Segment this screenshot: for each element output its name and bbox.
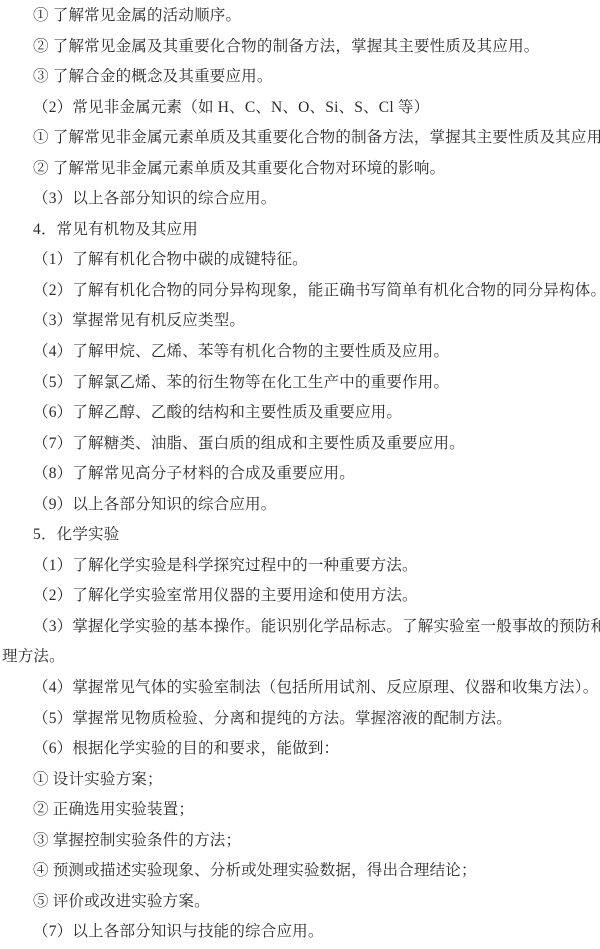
text-line: ⑤ 评价或改进实验方案。 <box>0 887 600 918</box>
text-line: （3）掌握化学实验的基本操作。能识别化学品标志。了解实验室一般事故的预防和处 <box>0 612 600 643</box>
text-line: （8）了解常见高分子材料的合成及重要应用。 <box>0 459 600 490</box>
text-line: （3）掌握常见有机反应类型。 <box>0 306 600 337</box>
text-line: （4）了解甲烷、乙烯、苯等有机化合物的主要性质及应用。 <box>0 337 600 368</box>
text-line: （7）了解糖类、油脂、蛋白质的组成和主要性质及重要应用。 <box>0 429 600 460</box>
text-line: ② 正确选用实验装置； <box>0 795 600 826</box>
text-line: （7）以上各部分知识与技能的综合应用。 <box>0 917 600 948</box>
text-line: （3）以上各部分知识的综合应用。 <box>0 184 600 215</box>
text-line: ③ 掌握控制实验条件的方法； <box>0 826 600 857</box>
document-page: ① 了解常见金属的活动顺序。② 了解常见金属及其重要化合物的制备方法，掌握其主要… <box>0 0 600 949</box>
document-body: ① 了解常见金属的活动顺序。② 了解常见金属及其重要化合物的制备方法，掌握其主要… <box>0 0 600 948</box>
text-line: 4．常见有机物及其应用 <box>0 215 600 246</box>
text-line: ① 了解常见金属的活动顺序。 <box>0 1 600 32</box>
text-line: （5）掌握常见物质检验、分离和提纯的方法。掌握溶液的配制方法。 <box>0 704 600 735</box>
text-line: （6）了解乙醇、乙酸的结构和主要性质及重要应用。 <box>0 398 600 429</box>
text-line: （9）以上各部分知识的综合应用。 <box>0 490 600 521</box>
text-line: （2）了解有机化合物的同分异构现象，能正确书写简单有机化合物的同分异构体。 <box>0 276 600 307</box>
text-line: ① 了解常见非金属元素单质及其重要化合物的制备方法，掌握其主要性质及其应用。 <box>0 123 600 154</box>
text-line: （1）了解化学实验是科学探究过程中的一种重要方法。 <box>0 551 600 582</box>
text-line: （2）了解化学实验室常用仪器的主要用途和使用方法。 <box>0 581 600 612</box>
text-line: 理方法。 <box>0 642 600 673</box>
text-line: （4）掌握常见气体的实验室制法（包括所用试剂、反应原理、仪器和收集方法）。 <box>0 673 600 704</box>
text-line: （2）常见非金属元素（如 H、C、N、O、Si、S、Cl 等） <box>0 93 600 124</box>
text-line: （6）根据化学实验的目的和要求，能做到： <box>0 734 600 765</box>
text-line: ① 设计实验方案； <box>0 765 600 796</box>
text-line: （5）了解氯乙烯、苯的衍生物等在化工生产中的重要作用。 <box>0 368 600 399</box>
text-line: ④ 预测或描述实验现象、分析或处理实验数据，得出合理结论； <box>0 856 600 887</box>
text-line: ③ 了解合金的概念及其重要应用。 <box>0 62 600 93</box>
text-line: ② 了解常见非金属元素单质及其重要化合物对环境的影响。 <box>0 154 600 185</box>
text-line: 5．化学实验 <box>0 520 600 551</box>
text-line: （1）了解有机化合物中碳的成键特征。 <box>0 245 600 276</box>
text-line: ② 了解常见金属及其重要化合物的制备方法，掌握其主要性质及其应用。 <box>0 32 600 63</box>
